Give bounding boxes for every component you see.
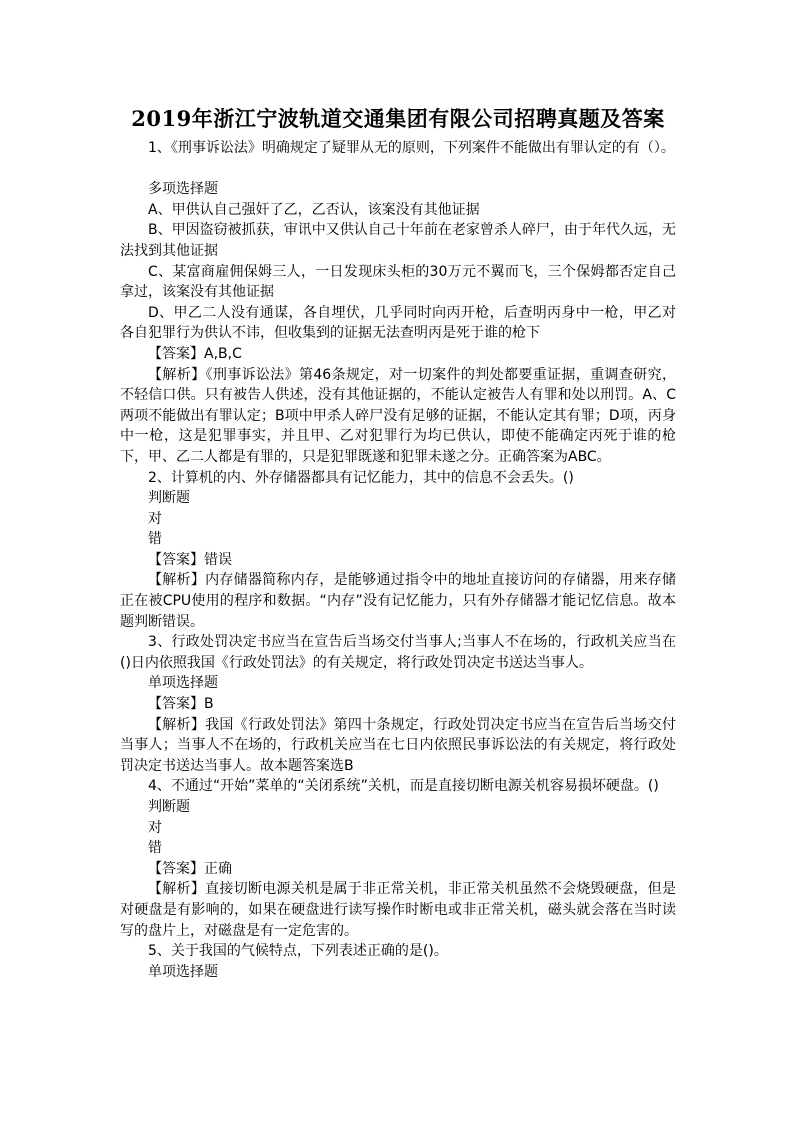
answer: 【答案】正确: [120, 859, 676, 880]
question-type: 单项选择题: [120, 673, 676, 694]
question-type: 多项选择题: [120, 179, 676, 200]
question-type: 单项选择题: [120, 962, 676, 983]
spacer: [120, 159, 676, 180]
question-stem: 1、《刑事诉讼法》明确规定了疑罪从无的原则，下列案件不能做出有罪认定的有（）。: [120, 138, 676, 159]
question-stem: 2、计算机的内、外存储器都具有记忆能力，其中的信息不会丢失。(): [120, 468, 676, 489]
question-stem: 5、关于我国的气候特点，下列表述正确的是()。: [120, 941, 676, 962]
analysis: 【解析】直接切断电源关机是属于非正常关机，非正常关机虽然不会烧毁硬盘，但是对硬盘…: [120, 879, 676, 941]
question-4: 4、不通过“开始”菜单的“关闭系统”关机，而是直接切断电源关机容易损坏硬盘。()…: [120, 776, 676, 941]
option-true: 对: [120, 818, 676, 839]
question-5: 5、关于我国的气候特点，下列表述正确的是()。 单项选择题: [120, 941, 676, 982]
question-type: 判断题: [120, 488, 676, 509]
option-false: 错: [120, 529, 676, 550]
option-d: D、甲乙二人没有通谋，各自埋伏，几乎同时向丙开枪，后查明丙身中一枪，甲乙对各自犯…: [120, 303, 676, 344]
option-a: A、甲供认自己强奸了乙，乙否认，该案没有其他证据: [120, 200, 676, 221]
question-stem: 3、行政处罚决定书应当在宣告后当场交付当事人;当事人不在场的，行政机关应当在()…: [120, 632, 676, 673]
analysis: 【解析】《刑事诉讼法》第46条规定，对一切案件的判处都要重证据，重调查研究，不轻…: [120, 365, 676, 468]
option-false: 错: [120, 838, 676, 859]
option-b: B、甲因盗窃被抓获，审讯中又供认自己十年前在老家曾杀人碎尸，由于年代久远，无法找…: [120, 220, 676, 261]
document-title: 2019年浙江宁波轨道交通集团有限公司招聘真题及答案: [120, 104, 676, 134]
document-page: 2019年浙江宁波轨道交通集团有限公司招聘真题及答案 1、《刑事诉讼法》明确规定…: [120, 104, 676, 982]
analysis: 【解析】我国《行政处罚法》第四十条规定，行政处罚决定书应当在宣告后当场交付当事人…: [120, 715, 676, 777]
question-stem: 4、不通过“开始”菜单的“关闭系统”关机，而是直接切断电源关机容易损坏硬盘。(): [120, 776, 676, 797]
answer: 【答案】错误: [120, 550, 676, 571]
answer: 【答案】B: [120, 694, 676, 715]
question-2: 2、计算机的内、外存储器都具有记忆能力，其中的信息不会丢失。() 判断题 对 错…: [120, 468, 676, 633]
answer: 【答案】A,B,C: [120, 344, 676, 365]
option-true: 对: [120, 509, 676, 530]
option-c: C、某富商雇佣保姆三人，一日发现床头柜的30万元不翼而飞，三个保姆都否定自己拿过…: [120, 262, 676, 303]
question-1: 1、《刑事诉讼法》明确规定了疑罪从无的原则，下列案件不能做出有罪认定的有（）。 …: [120, 138, 676, 468]
question-type: 判断题: [120, 797, 676, 818]
analysis: 【解析】内存储器简称内存，是能够通过指令中的地址直接访问的存储器，用来存储正在被…: [120, 570, 676, 632]
question-3: 3、行政处罚决定书应当在宣告后当场交付当事人;当事人不在场的，行政机关应当在()…: [120, 632, 676, 776]
